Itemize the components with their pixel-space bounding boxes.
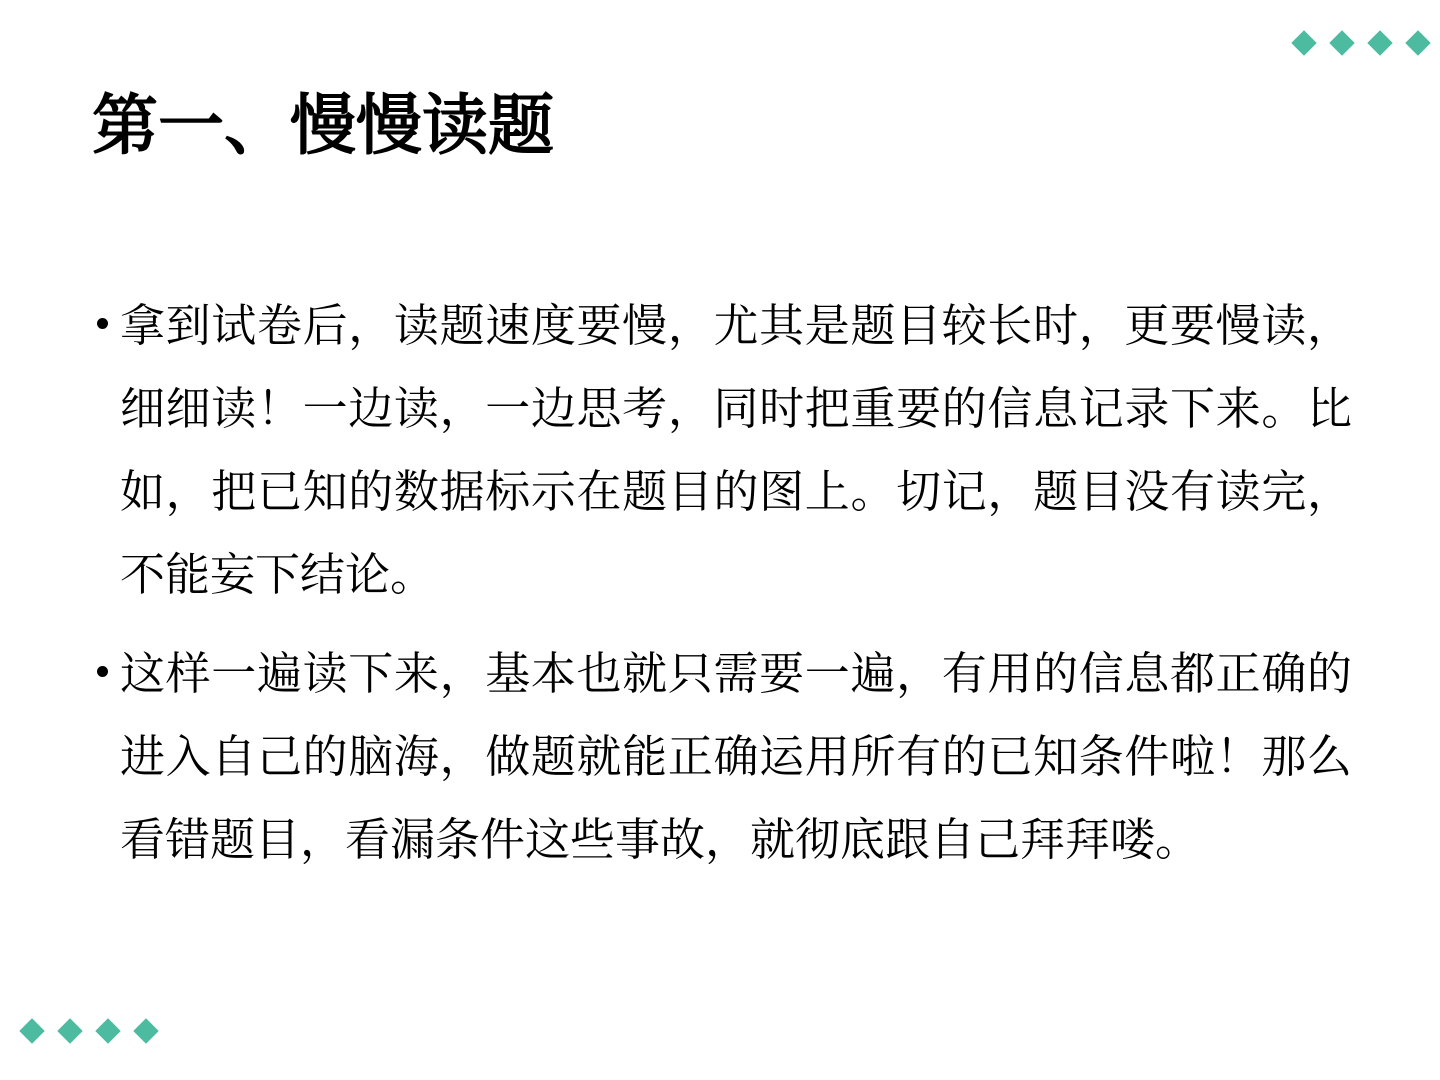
diamond-icon <box>1367 30 1392 55</box>
diamond-icon <box>19 1018 44 1043</box>
diamond-icon <box>133 1018 158 1043</box>
slide-title: 第一、慢慢读题 <box>92 88 554 164</box>
diamond-icon <box>1405 30 1430 55</box>
bullet-dot-icon <box>97 318 108 329</box>
bullet-text: 拿到试卷后，读题速度要慢，尤其是题目较长时，更要慢读，细细读！一边读，一边思考，… <box>120 299 1352 601</box>
decoration-diamonds-top-right <box>1292 31 1430 55</box>
bullet-item: 拿到试卷后，读题速度要慢，尤其是题目较长时，更要慢读，细细读！一边读，一边思考，… <box>92 284 1352 616</box>
decoration-diamonds-bottom-left <box>20 1019 158 1043</box>
bullet-item: 这样一遍读下来，基本也就只需要一遍，有用的信息都正确的进入自己的脑海，做题就能正… <box>92 632 1352 881</box>
bullet-text: 这样一遍读下来，基本也就只需要一遍，有用的信息都正确的进入自己的脑海，做题就能正… <box>120 647 1352 866</box>
bullet-list: 拿到试卷后，读题速度要慢，尤其是题目较长时，更要慢读，细细读！一边读，一边思考，… <box>92 284 1352 897</box>
diamond-icon <box>95 1018 120 1043</box>
bullet-dot-icon <box>97 666 108 677</box>
diamond-icon <box>1291 30 1316 55</box>
diamond-icon <box>1329 30 1354 55</box>
diamond-icon <box>57 1018 82 1043</box>
